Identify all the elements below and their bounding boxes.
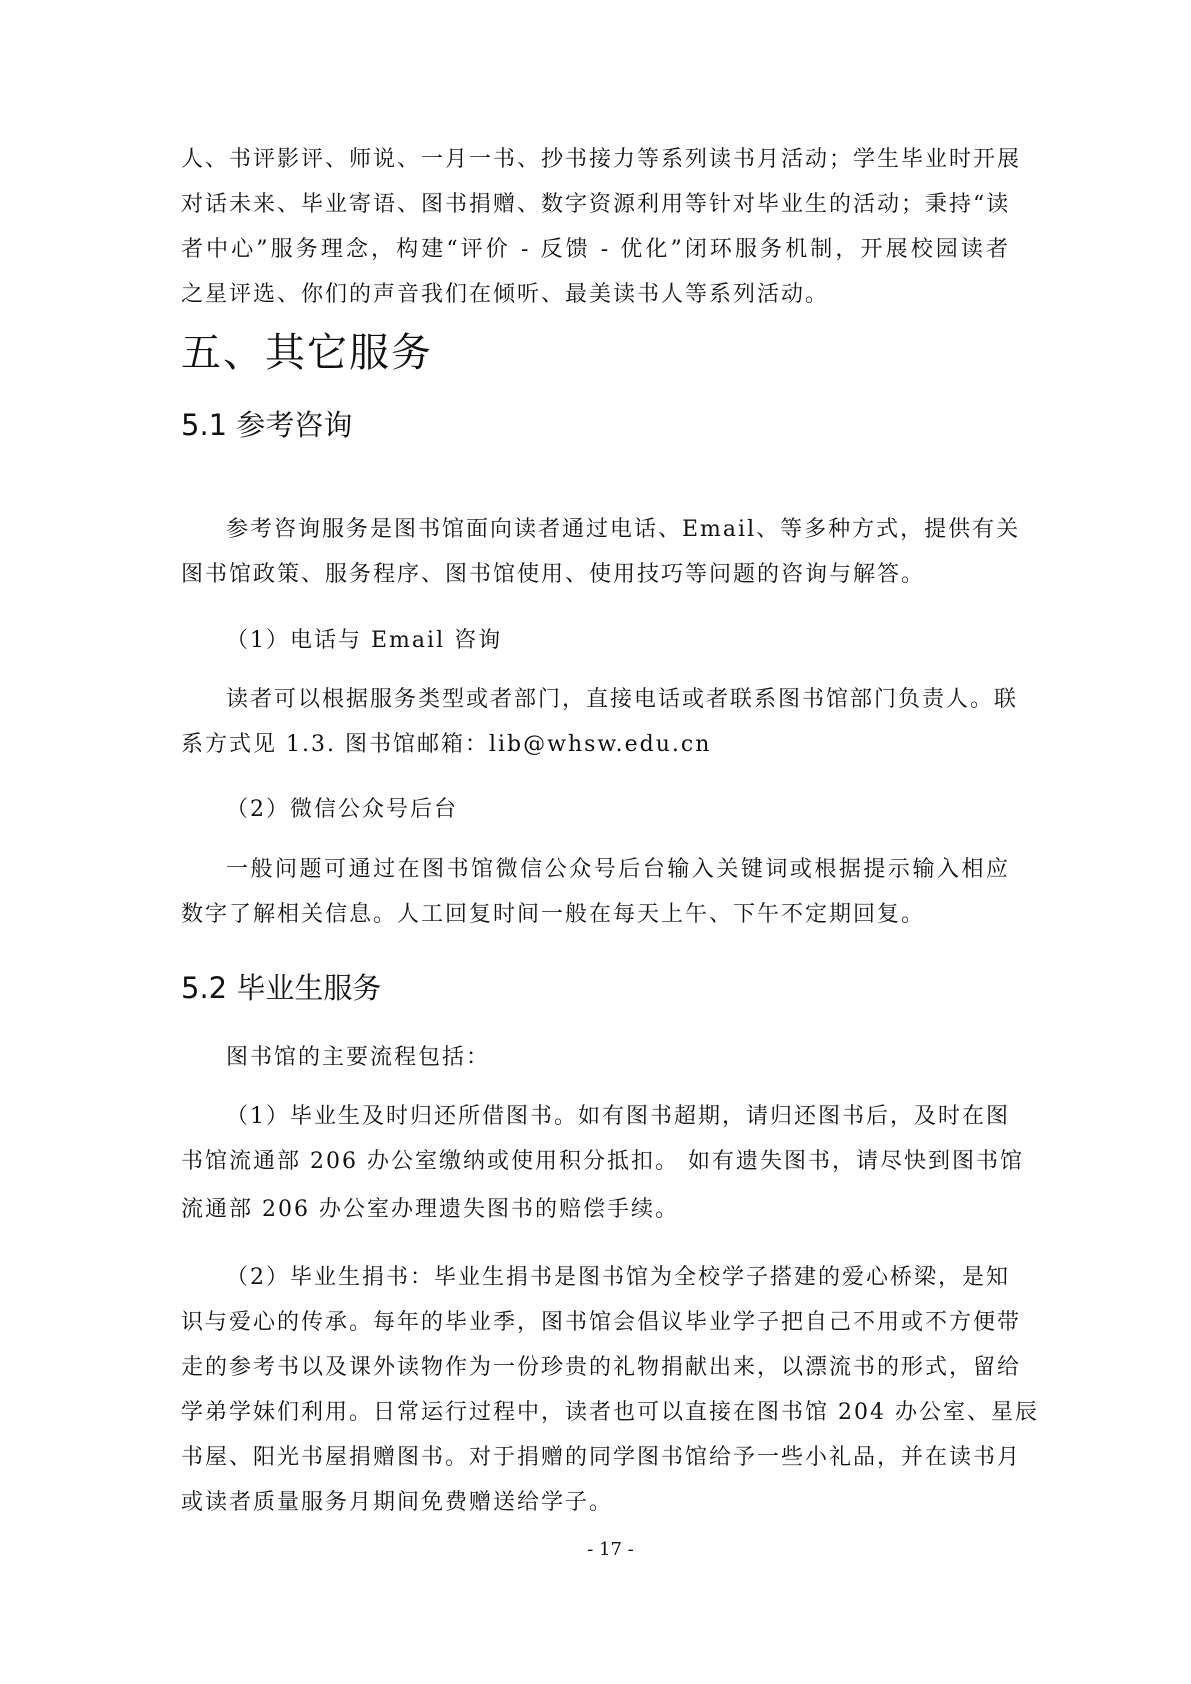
paragraph-line: 读者可以根据服务类型或者部门，直接电话或者联系图书馆部门负责人。联 — [226, 678, 1010, 722]
paragraph-line: 人、书评影评、师说、一月一书、抄书接力等系列读书月活动；学生毕业时开展 — [181, 138, 1010, 182]
paragraph-line: 参考咨询服务是图书馆面向读者通过电话、Email、等多种方式，提供有关 — [226, 508, 1010, 552]
paragraph-line: 之星评选、你们的声音我们在倾听、最美读书人等系列活动。 — [181, 273, 1010, 317]
paragraph-line: 者中心”服务理念，构建“评价 - 反馈 - 优化”闭环服务机制，开展校园读者 — [181, 228, 1010, 272]
paragraph-line: 对话未来、毕业寄语、图书捐赠、数字资源利用等针对毕业生的活动；秉持“读 — [181, 183, 1010, 227]
item-heading: （1）电话与 Email 咨询 — [226, 619, 1010, 663]
item-heading: （2）微信公众号后台 — [226, 788, 1010, 832]
paragraph-line: （2）毕业生捐书：毕业生捐书是图书馆为全校学子搭建的爱心桥梁，是知 — [226, 1256, 1010, 1300]
paragraph-line: 数字了解相关信息。人工回复时间一般在每天上午、下午不定期回复。 — [181, 893, 1010, 937]
section-heading: 五、其它服务 — [181, 328, 433, 378]
paragraph-line: （1）毕业生及时归还所借图书。如有图书超期，请归还图书后，及时在图 — [226, 1095, 1010, 1139]
page-number: - 17 - — [0, 1535, 1191, 1565]
paragraph-line: 系方式见 1.3. 图书馆邮箱：lib@whsw.edu.cn — [181, 723, 1010, 767]
paragraph-line: 图书馆的主要流程包括： — [226, 1036, 1010, 1080]
paragraph-line: 流通部 206 办公室办理遗失图书的赔偿手续。 — [181, 1188, 1010, 1232]
paragraph-line: 图书馆政策、服务程序、图书馆使用、使用技巧等问题的咨询与解答。 — [181, 553, 1010, 597]
subsection-heading-5-2: 5.2 毕业生服务 — [181, 968, 381, 1008]
paragraph-line: 一般问题可通过在图书馆微信公众号后台输入关键词或根据提示输入相应 — [226, 848, 1010, 892]
paragraph-line: 书馆流通部 206 办公室缴纳或使用积分抵扣。 如有遗失图书，请尽快到图书馆 — [181, 1140, 1010, 1184]
paragraph-line: 或读者质量服务月期间免费赠送给学子。 — [181, 1481, 1010, 1525]
paragraph-line: 识与爱心的传承。每年的毕业季，图书馆会倡议毕业学子把自己不用或不方便带 — [181, 1301, 1010, 1345]
paragraph-line: 走的参考书以及课外读物作为一份珍贵的礼物捐献出来，以漂流书的形式，留给 — [181, 1346, 1010, 1390]
subsection-heading-5-1: 5.1 参考咨询 — [181, 405, 352, 445]
paragraph-line: 书屋、阳光书屋捐赠图书。对于捐赠的同学图书馆给予一些小礼品，并在读书月 — [181, 1436, 1010, 1480]
paragraph-line: 学弟学妹们利用。日常运行过程中，读者也可以直接在图书馆 204 办公室、星辰 — [181, 1391, 1010, 1435]
document-page: 人、书评影评、师说、一月一书、抄书接力等系列读书月活动；学生毕业时开展 对话未来… — [0, 0, 1191, 1684]
